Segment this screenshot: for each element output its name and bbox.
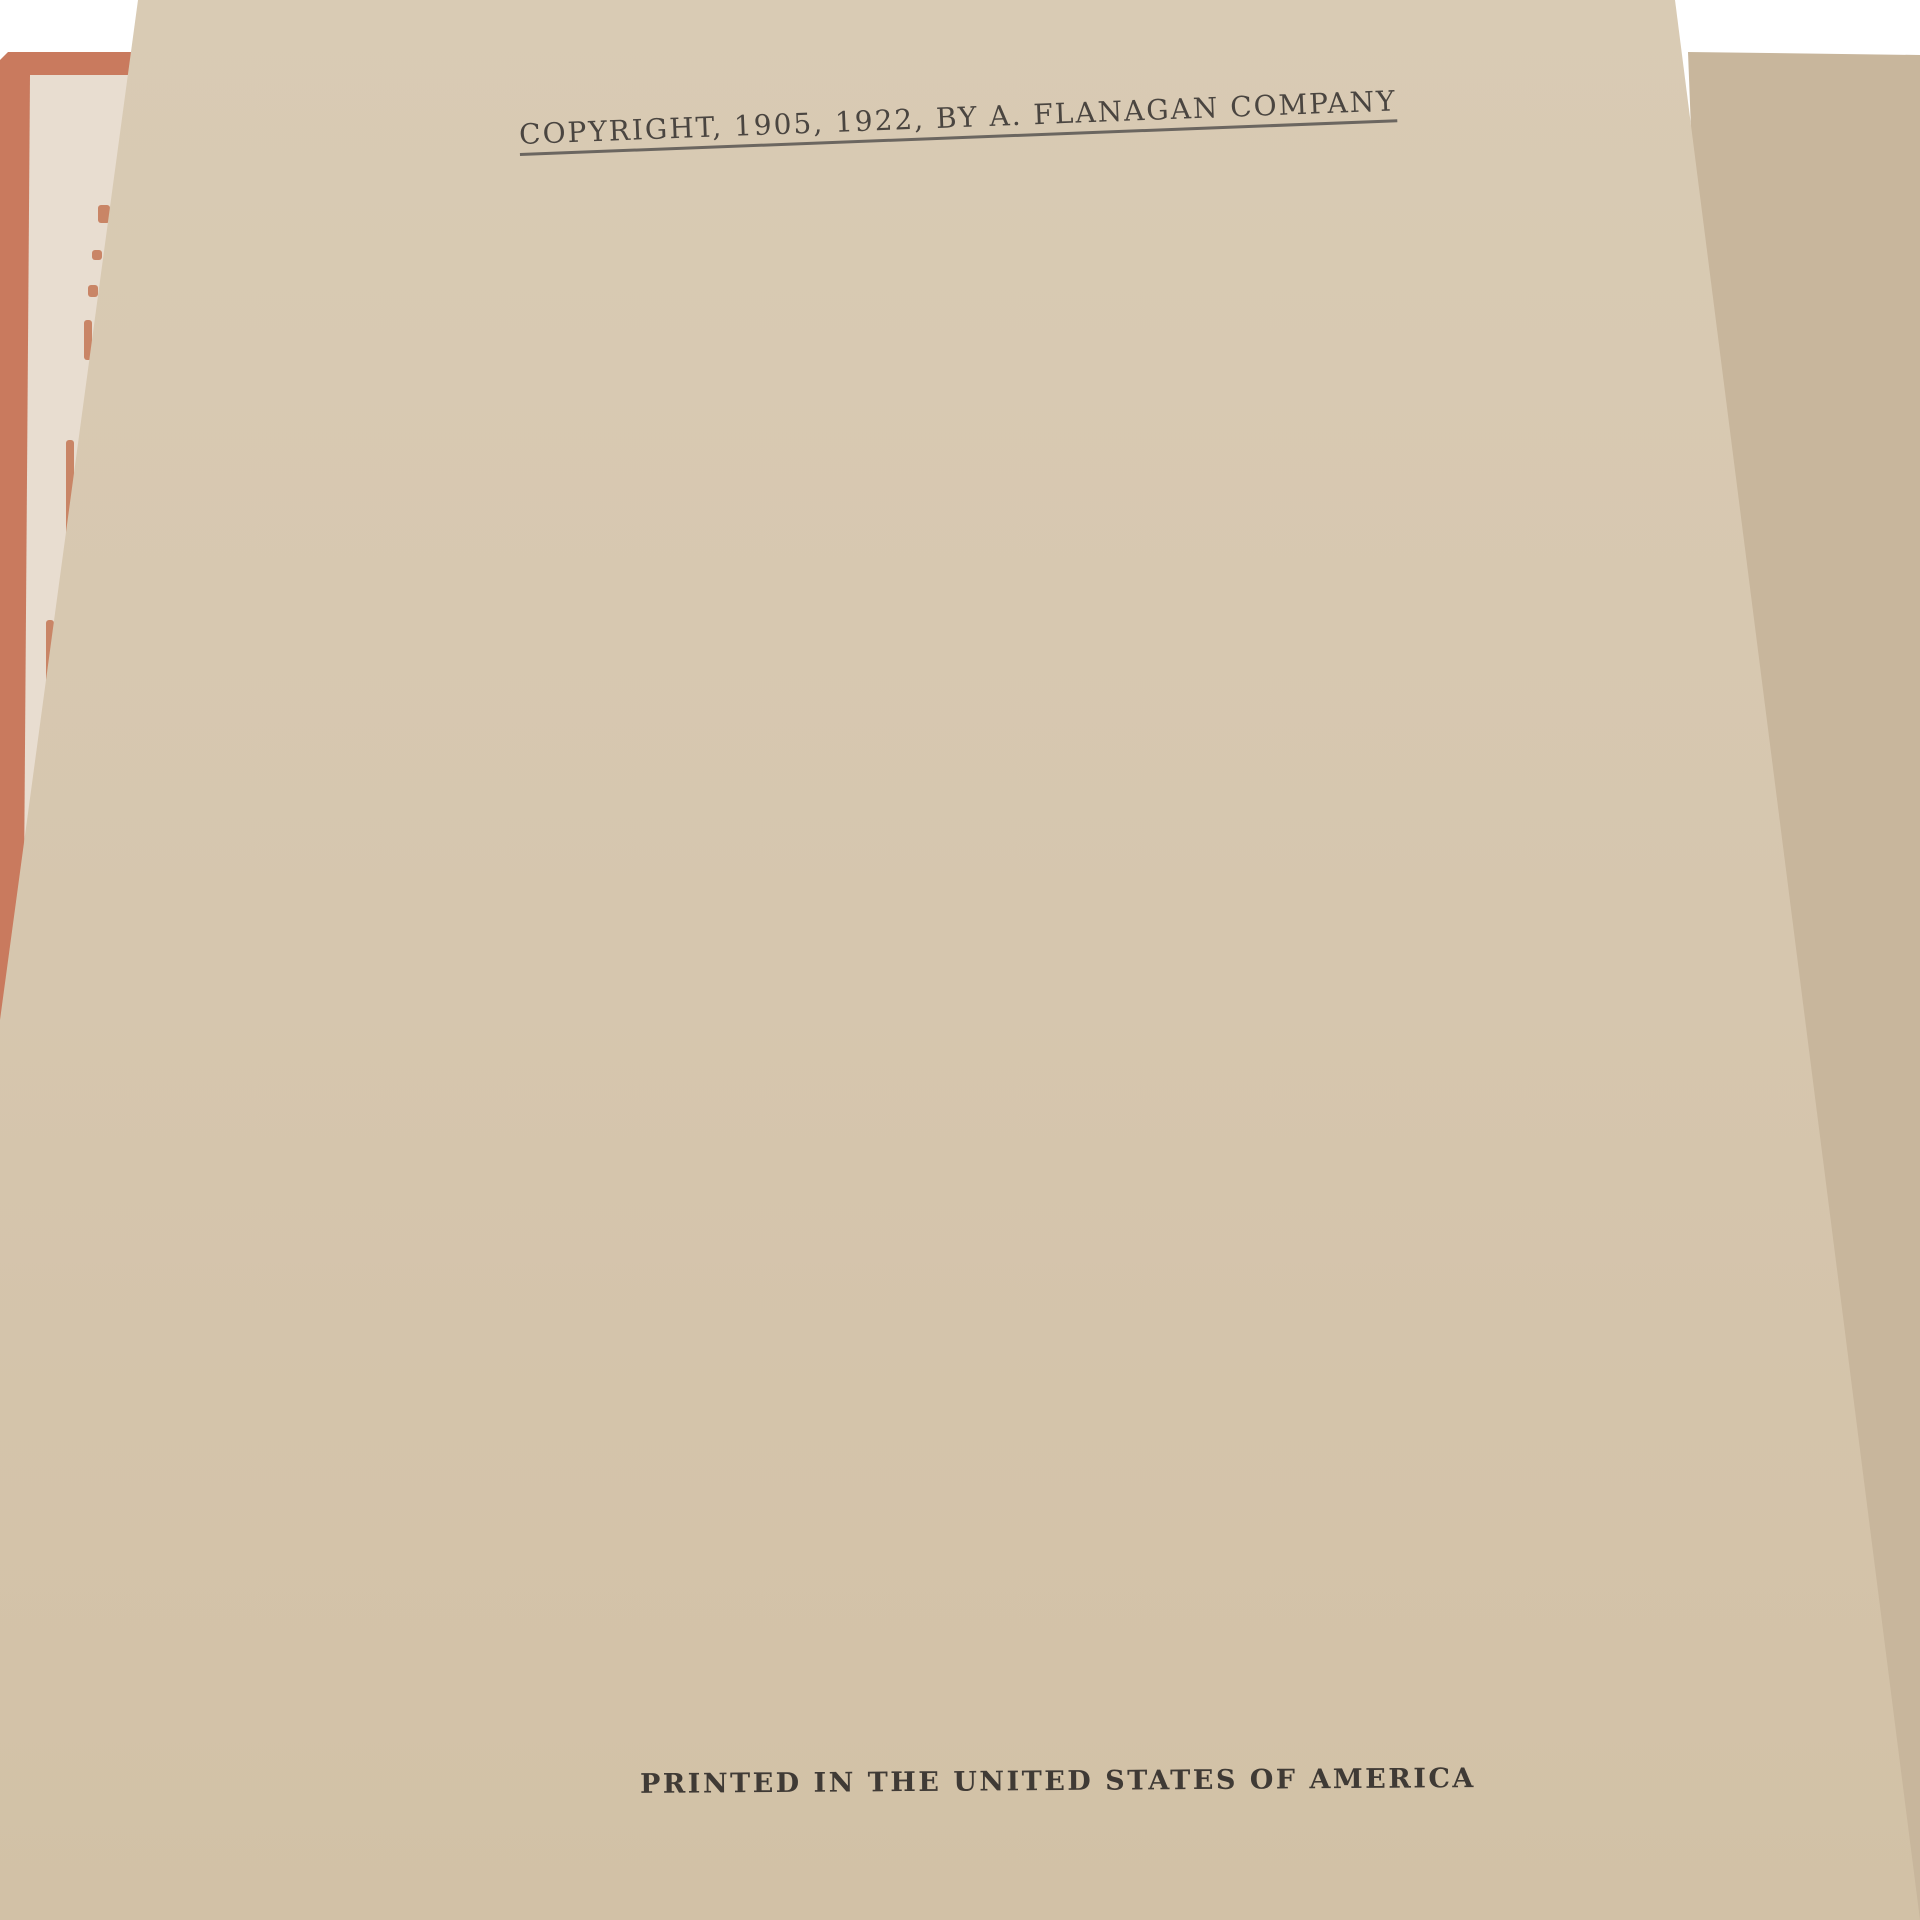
printed-in-notice: PRINTED IN THE UNITED STATES OF AMERICA [640,1763,1476,1800]
cover-mark [92,250,102,260]
book-photo: COPYRIGHT, 1905, 1922, BY A. FLANAGAN CO… [0,0,1920,1920]
cover-mark [88,285,98,297]
copyright-page [0,0,1920,1920]
